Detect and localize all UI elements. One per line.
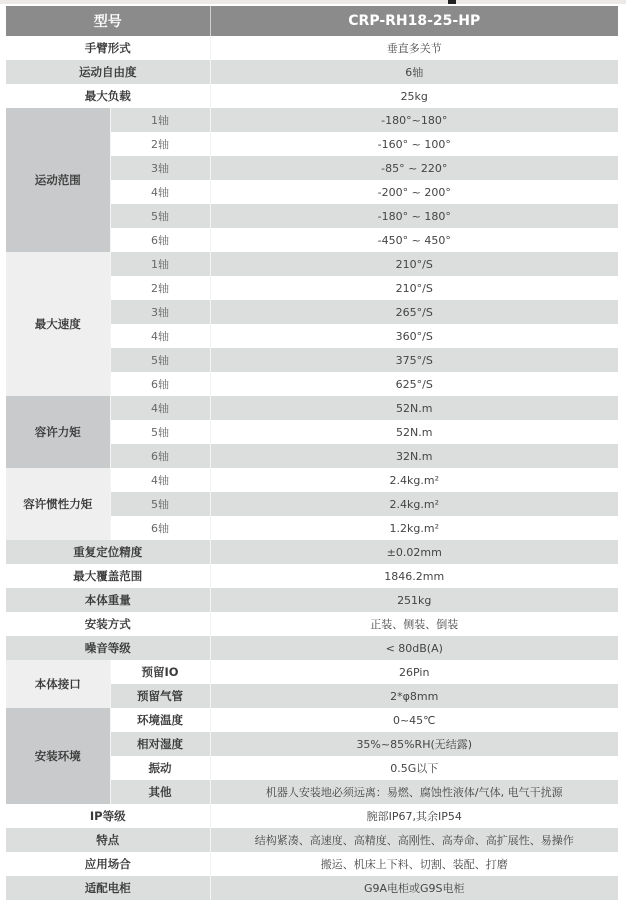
row-label: 重复定位精度 xyxy=(6,540,210,564)
axis-label: 6轴 xyxy=(110,228,210,252)
item-label: 预留气管 xyxy=(110,684,210,708)
row-label: 最大负载 xyxy=(6,84,210,108)
item-value: 0~45℃ xyxy=(210,708,618,732)
axis-value: -200° ~ 200° xyxy=(210,180,618,204)
axis-value: 265°/S xyxy=(210,300,618,324)
table-row: 最大负载 25kg xyxy=(6,84,618,108)
header-model-label: 型号 xyxy=(6,6,210,36)
axis-label: 6轴 xyxy=(110,516,210,540)
row-label: 手臂形式 xyxy=(6,36,210,60)
axis-label: 4轴 xyxy=(110,396,210,420)
table-row: 重复定位精度 ±0.02mm xyxy=(6,540,618,564)
axis-value: -450° ~ 450° xyxy=(210,228,618,252)
axis-value: 625°/S xyxy=(210,372,618,396)
item-label: 其他 xyxy=(110,780,210,804)
table-row: 本体接口 预留IO 26Pin xyxy=(6,660,618,684)
row-value: 垂直多关节 xyxy=(210,36,618,60)
axis-value: 2.4kg.m² xyxy=(210,492,618,516)
axis-label: 5轴 xyxy=(110,492,210,516)
axis-label: 6轴 xyxy=(110,444,210,468)
table-row: 最大覆盖范围 1846.2mm xyxy=(6,564,618,588)
group-label-install-env: 安装环境 xyxy=(6,708,110,804)
group-label-allowable-inertia: 容许惯性力矩 xyxy=(6,468,110,540)
table-row: IP等级 腕部IP67,其余IP54 xyxy=(6,804,618,828)
axis-value: 32N.m xyxy=(210,444,618,468)
table-row: 本体重量 251kg xyxy=(6,588,618,612)
row-label: 噪音等级 xyxy=(6,636,210,660)
axis-label: 1轴 xyxy=(110,252,210,276)
axis-label: 5轴 xyxy=(110,420,210,444)
axis-value: 210°/S xyxy=(210,276,618,300)
axis-label: 3轴 xyxy=(110,300,210,324)
table-row: 应用场合 搬运、机床上下料、切割、装配、打磨 xyxy=(6,852,618,876)
table-row: 容许惯性力矩 4轴 2.4kg.m² xyxy=(6,468,618,492)
item-label: 相对湿度 xyxy=(110,732,210,756)
row-label: 本体重量 xyxy=(6,588,210,612)
axis-label: 2轴 xyxy=(110,276,210,300)
row-value: 正装、侧装、倒装 xyxy=(210,612,618,636)
row-value: ±0.02mm xyxy=(210,540,618,564)
axis-value: -180° ~ 180° xyxy=(210,204,618,228)
cursor-marker xyxy=(448,0,456,4)
axis-label: 6轴 xyxy=(110,372,210,396)
item-label: 环境温度 xyxy=(110,708,210,732)
row-value: 1846.2mm xyxy=(210,564,618,588)
table-row: 容许力矩 4轴 52N.m xyxy=(6,396,618,420)
axis-label: 3轴 xyxy=(110,156,210,180)
axis-value: -180°~180° xyxy=(210,108,618,132)
row-label: 特点 xyxy=(6,828,210,852)
table-row: 最大速度 1轴 210°/S xyxy=(6,252,618,276)
top-strip xyxy=(0,0,626,4)
axis-value: 2.4kg.m² xyxy=(210,468,618,492)
item-value: 机器人安装地必须远离：易燃、腐蚀性液体/气体, 电气干扰源 xyxy=(210,780,618,804)
table-row: 安装方式 正装、侧装、倒装 xyxy=(6,612,618,636)
axis-label: 4轴 xyxy=(110,468,210,492)
axis-value: -160° ~ 100° xyxy=(210,132,618,156)
axis-value: 210°/S xyxy=(210,252,618,276)
row-value: 腕部IP67,其余IP54 xyxy=(210,804,618,828)
table-row: 噪音等级 < 80dB(A) xyxy=(6,636,618,660)
item-label: 振动 xyxy=(110,756,210,780)
row-value: 结构紧凑、高速度、高精度、高刚性、高寿命、高扩展性、易操作 xyxy=(210,828,618,852)
axis-label: 1轴 xyxy=(110,108,210,132)
row-label: 适配电柜 xyxy=(6,876,210,900)
table-row: 手臂形式 垂直多关节 xyxy=(6,36,618,60)
row-value: < 80dB(A) xyxy=(210,636,618,660)
row-value: G9A电柜或G9S电柜 xyxy=(210,876,618,900)
row-value: 25kg xyxy=(210,84,618,108)
table-row: 适配电柜 G9A电柜或G9S电柜 xyxy=(6,876,618,900)
row-label: 最大覆盖范围 xyxy=(6,564,210,588)
row-label: 安装方式 xyxy=(6,612,210,636)
item-label: 预留IO xyxy=(110,660,210,684)
axis-label: 5轴 xyxy=(110,348,210,372)
group-label-allowable-torque: 容许力矩 xyxy=(6,396,110,468)
axis-label: 2轴 xyxy=(110,132,210,156)
axis-value: 360°/S xyxy=(210,324,618,348)
table-row: 安装环境 环境温度 0~45℃ xyxy=(6,708,618,732)
row-value: 251kg xyxy=(210,588,618,612)
axis-value: 52N.m xyxy=(210,420,618,444)
table-header-row: 型号 CRP-RH18-25-HP xyxy=(6,6,618,36)
table-row: 特点 结构紧凑、高速度、高精度、高刚性、高寿命、高扩展性、易操作 xyxy=(6,828,618,852)
item-value: 0.5G以下 xyxy=(210,756,618,780)
axis-value: 52N.m xyxy=(210,396,618,420)
spec-table: 型号 CRP-RH18-25-HP 手臂形式 垂直多关节 运动自由度 6轴 最大… xyxy=(6,6,618,900)
group-label-body-interface: 本体接口 xyxy=(6,660,110,708)
table-row: 运动范围 1轴 -180°~180° xyxy=(6,108,618,132)
axis-value: 1.2kg.m² xyxy=(210,516,618,540)
header-model-value: CRP-RH18-25-HP xyxy=(210,6,618,36)
axis-label: 4轴 xyxy=(110,180,210,204)
axis-label: 4轴 xyxy=(110,324,210,348)
axis-value: -85° ~ 220° xyxy=(210,156,618,180)
axis-label: 5轴 xyxy=(110,204,210,228)
item-value: 26Pin xyxy=(210,660,618,684)
table-row: 运动自由度 6轴 xyxy=(6,60,618,84)
row-label: 应用场合 xyxy=(6,852,210,876)
row-label: IP等级 xyxy=(6,804,210,828)
item-value: 35%~85%RH(无结露) xyxy=(210,732,618,756)
group-label-max-speed: 最大速度 xyxy=(6,252,110,396)
group-label-motion-range: 运动范围 xyxy=(6,108,110,252)
row-value: 6轴 xyxy=(210,60,618,84)
axis-value: 375°/S xyxy=(210,348,618,372)
item-value: 2*φ8mm xyxy=(210,684,618,708)
row-value: 搬运、机床上下料、切割、装配、打磨 xyxy=(210,852,618,876)
row-label: 运动自由度 xyxy=(6,60,210,84)
